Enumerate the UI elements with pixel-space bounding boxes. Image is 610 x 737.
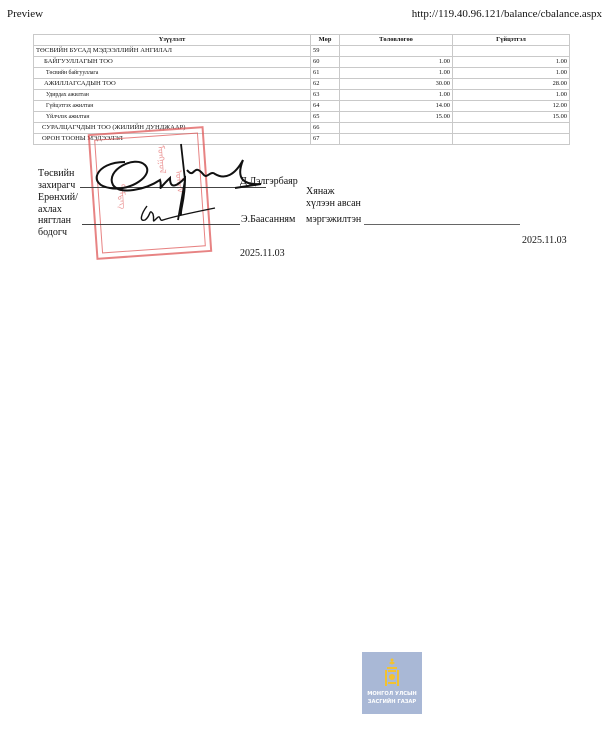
director-label-line: Төсвийн — [38, 168, 75, 180]
right-date: 2025.11.03 — [522, 235, 567, 247]
reviewer-label: Хянаж хүлээн авсан — [306, 186, 361, 209]
reviewer-signature-line — [364, 224, 520, 225]
accountant-label: Ерөнхий/ ахлах нягтлан бодогч — [38, 192, 78, 238]
accountant-label-line: ахлах — [38, 204, 78, 216]
accountant-label-line: бодогч — [38, 227, 78, 239]
director-label: Төсвийн захирагч — [38, 168, 75, 191]
director-label-line: захирагч — [38, 180, 75, 192]
reviewer-label-line: Хянаж — [306, 186, 361, 198]
government-logo: МОНГОЛ УЛСЫН ЗАСГИЙН ГАЗАР — [362, 652, 422, 714]
accountant-label-line: Ерөнхий/ — [38, 192, 78, 204]
signature-block: ᠮᠣᠩᠭᠣᠯ ᠤᠯᠤᠰ ᠲᠡᠮᠳᠡᠭ Төсвийн захирагч Д.Дэ… — [0, 0, 610, 300]
soyombo-emblem-icon — [384, 658, 400, 688]
reviewer-label-line: хүлээн авсан — [306, 198, 361, 210]
logo-text-line-2: ЗАСГИЙН ГАЗАР — [362, 699, 422, 706]
accountant-handwritten-signature — [135, 200, 235, 230]
reviewer-title: мэргэжилтэн — [306, 214, 361, 226]
logo-text-line-1: МОНГОЛ УЛСЫН — [362, 691, 422, 698]
accountant-label-line: нягтлан — [38, 215, 78, 227]
left-date: 2025.11.03 — [240, 248, 285, 260]
